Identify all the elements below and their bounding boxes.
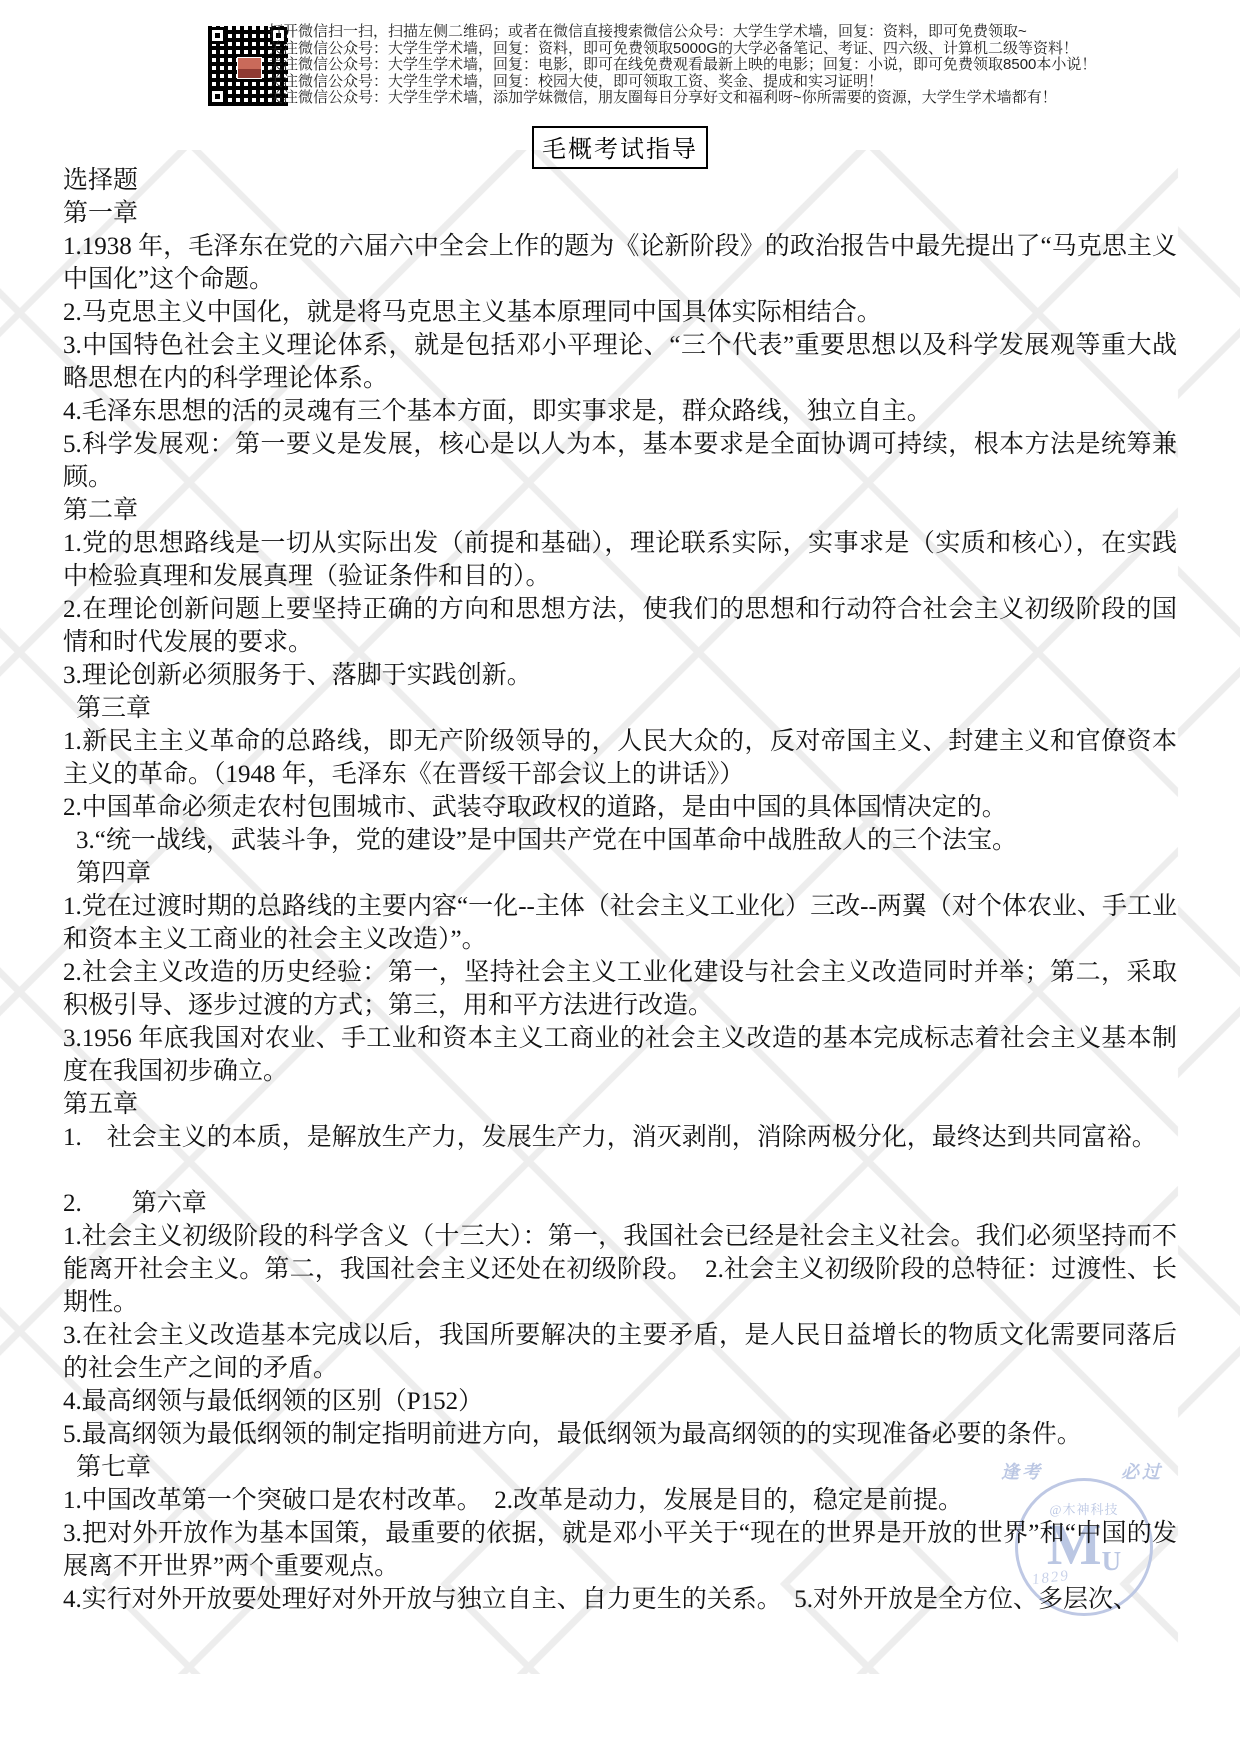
chapter-heading: 第一章 <box>63 197 1177 230</box>
paragraph: 3.中国特色社会主义理论体系，就是包括邓小平理论、“三个代表”重要思想以及科学发… <box>63 329 1177 395</box>
promo-line: 关注微信公众号：大学生学术墙，回复：校园大使，即可领取工资、奖金、提成和实习证明… <box>268 74 1188 91</box>
paragraph: 1.党在过渡时期的总路线的主要内容“一化--主体（社会主义工业化）三改--两翼（… <box>63 890 1177 956</box>
title-row: 毛概考试指导 <box>0 126 1240 169</box>
promo-line: 打开微信扫一扫，扫描左侧二维码；或者在微信直接搜索微信公众号：大学生学术墙，回复… <box>268 24 1188 41</box>
paragraph: 1.党的思想路线是一切从实际出发（前提和基础），理论联系实际，实事求是（实质和核… <box>63 527 1177 593</box>
document-page: 打开微信扫一扫，扫描左侧二维码；或者在微信直接搜索微信公众号：大学生学术墙，回复… <box>0 0 1240 1754</box>
paragraph: 2.中国革命必须走农村包围城市、武装夺取政权的道路，是由中国的具体国情决定的。 <box>63 791 1177 824</box>
chapter-heading: 第四章 <box>63 857 1177 890</box>
chapter-heading: 第五章 <box>63 1088 1177 1121</box>
paragraph: 1.中国改革第一个突破口是农村改革。 2.改革是动力，发展是目的，稳定是前提。 <box>63 1484 1177 1517</box>
qr-center-logo-icon <box>237 57 262 79</box>
page-title: 毛概考试指导 <box>532 126 708 169</box>
paragraph: 4.实行对外开放要处理好对外开放与独立自主、自力更生的关系。 5.对外开放是全方… <box>63 1583 1177 1616</box>
paragraph: 1.社会主义初级阶段的科学含义（十三大）：第一，我国社会已经是社会主义社会。我们… <box>63 1220 1177 1319</box>
chapter-heading: 2. 第六章 <box>63 1187 1177 1220</box>
paragraph: 1.新民主主义革命的总路线，即无产阶级领导的，人民大众的，反对帝国主义、封建主义… <box>63 725 1177 791</box>
paragraph: 1.1938 年，毛泽东在党的六届六中全会上作的题为《论新阶段》的政治报告中最先… <box>63 230 1177 296</box>
paragraph: 2.马克思主义中国化，就是将马克思主义基本原理同中国具体实际相结合。 <box>63 296 1177 329</box>
paragraph: 4.最高纲领与最低纲领的区别（P152） <box>63 1385 1177 1418</box>
paragraph: 1. 社会主义的本质，是解放生产力，发展生产力，消灭剥削，消除两极分化，最终达到… <box>63 1121 1177 1154</box>
paragraph: 3.在社会主义改造基本完成以后，我国所要解决的主要矛盾，是人民日益增长的物质文化… <box>63 1319 1177 1385</box>
promo-line: 关注微信公众号：大学生学术墙，回复：资料，即可免费领取5000G的大学必备笔记、… <box>268 41 1188 58</box>
paragraph: 3.“统一战线，武装斗争，党的建设”是中国共产党在中国革命中战胜敌人的三个法宝。 <box>63 824 1177 857</box>
paragraph: 2.在理论创新问题上要坚持正确的方向和思想方法，使我们的思想和行动符合社会主义初… <box>63 593 1177 659</box>
paragraph: 3.1956 年底我国对农业、手工业和资本主义工商业的社会主义改造的基本完成标志… <box>63 1022 1177 1088</box>
paragraph: 5.最高纲领为最低纲领的制定指明前进方向，最低纲领为最高纲领的的实现准备必要的条… <box>63 1418 1177 1451</box>
document-body: 选择题第一章1.1938 年，毛泽东在党的六届六中全会上作的题为《论新阶段》的政… <box>63 164 1177 1616</box>
qr-finder-icon <box>209 27 226 44</box>
paragraph: 2.社会主义改造的历史经验：第一，坚持社会主义工业化建设与社会主义改造同时并举；… <box>63 956 1177 1022</box>
promo-text: 打开微信扫一扫，扫描左侧二维码；或者在微信直接搜索微信公众号：大学生学术墙，回复… <box>268 24 1188 107</box>
chapter-heading: 第七章 <box>63 1451 1177 1484</box>
paragraph: 5.科学发展观：第一要义是发展，核心是以人为本，基本要求是全面协调可持续，根本方… <box>63 428 1177 494</box>
promo-header: 打开微信扫一扫，扫描左侧二维码；或者在微信直接搜索微信公众号：大学生学术墙，回复… <box>0 0 1240 112</box>
chapter-heading: 第三章 <box>63 692 1177 725</box>
paragraph: 3.把对外开放作为基本国策，最重要的依据，就是邓小平关于“现在的世界是开放的世界… <box>63 1517 1177 1583</box>
chapter-heading: 第二章 <box>63 494 1177 527</box>
paragraph: 3.理论创新必须服务于、落脚于实践创新。 <box>63 659 1177 692</box>
paragraph <box>63 1154 1177 1187</box>
promo-line: 关注微信公众号：大学生学术墙，回复：电影，即可在线免费观看最新上映的电影；回复：… <box>268 57 1188 74</box>
paragraph: 4.毛泽东思想的活的灵魂有三个基本方面，即实事求是，群众路线，独立自主。 <box>63 395 1177 428</box>
qr-finder-icon <box>209 88 226 105</box>
promo-line: 关注微信公众号：大学生学术墙，添加学妹微信，朋友圈每日分享好文和福利呀~你所需要… <box>268 90 1188 107</box>
